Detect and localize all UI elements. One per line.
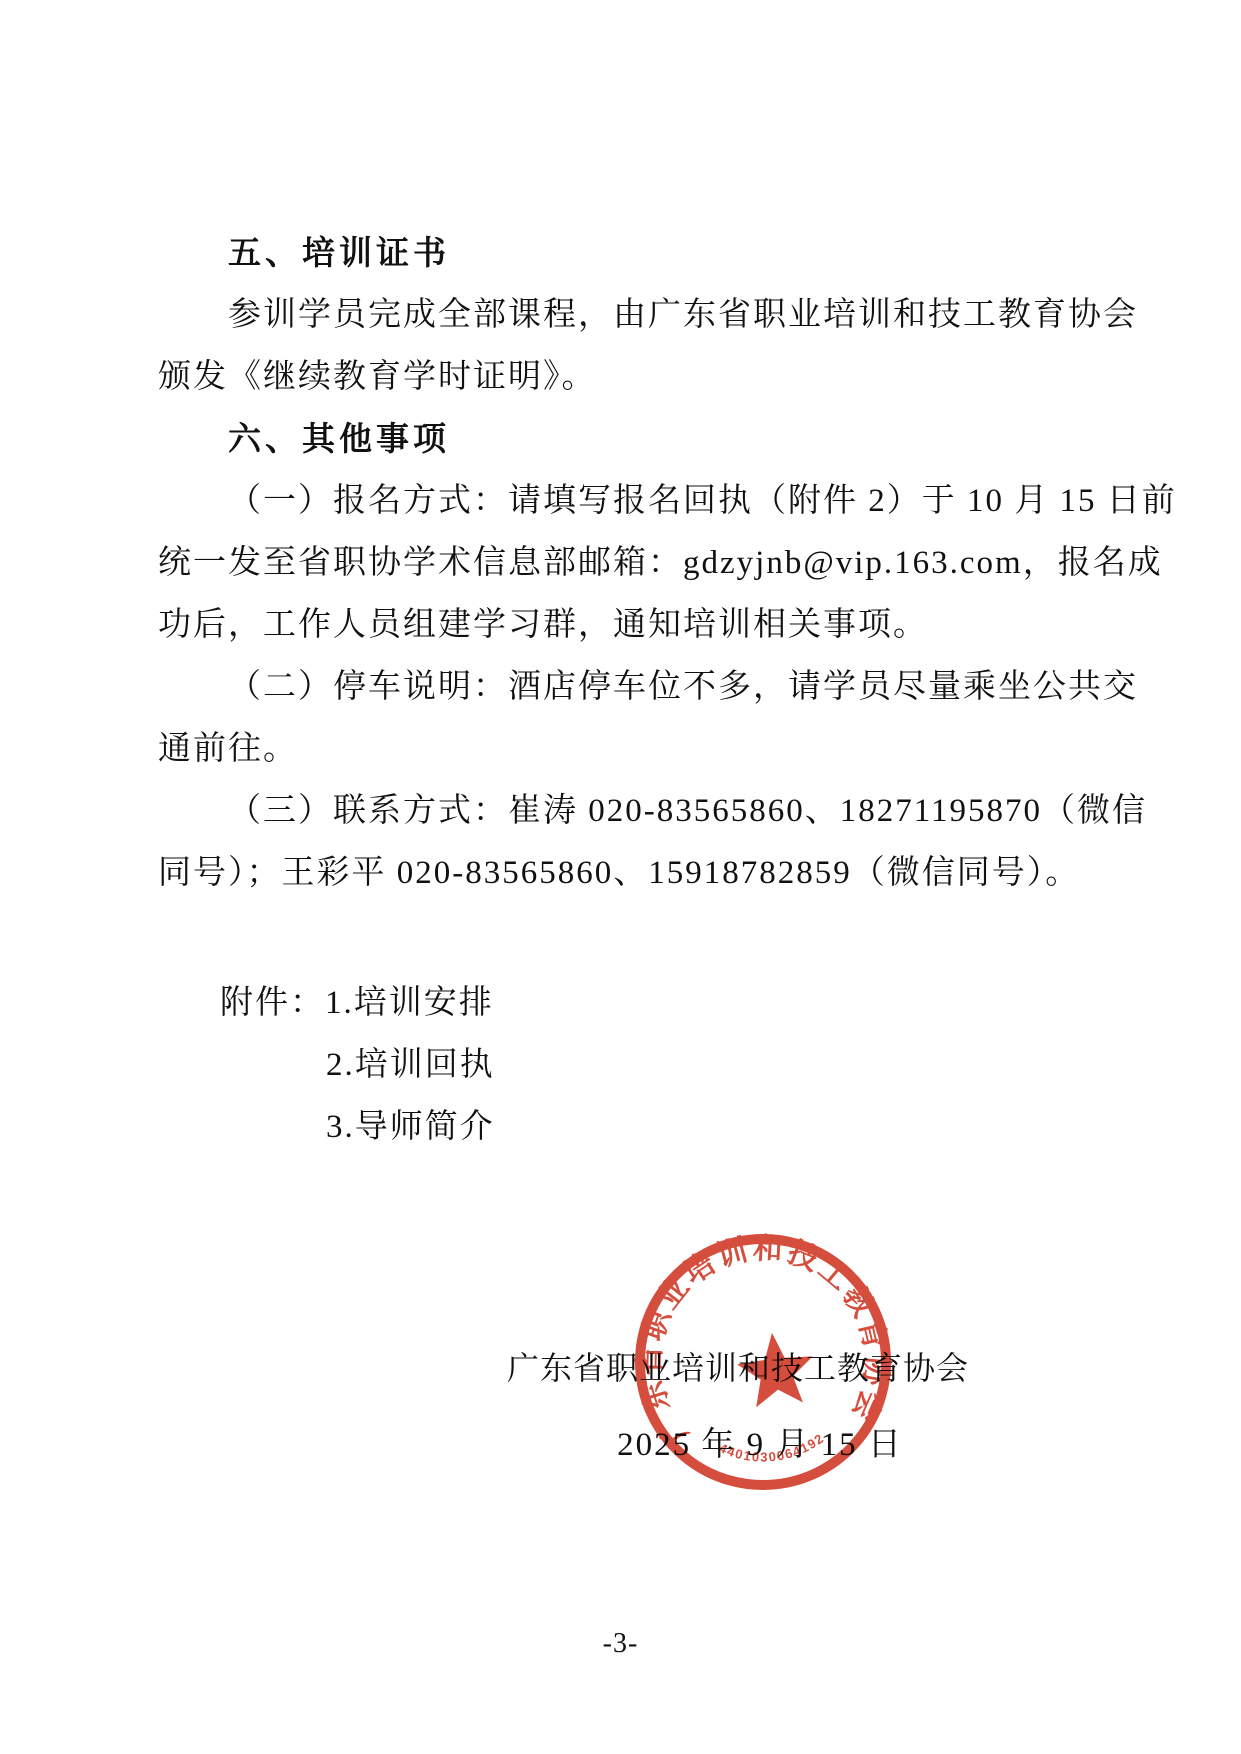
body-line: 参训学员完成全部课程，由广东省职业培训和技工教育协会: [158, 284, 1093, 346]
section-heading-training-certificate: 五、培训证书: [158, 222, 1093, 284]
attachment-item-2: 2.培训回执: [158, 1034, 1093, 1096]
attachments-label: 附件：: [220, 985, 325, 1021]
attachments-list: 附件：1.培训安排 2.培训回执 3.导师简介: [158, 972, 1093, 1158]
body-line-email: 统一发至省职协学术信息部邮箱：gdzyjnb@vip.163.com，报名成: [158, 532, 1093, 594]
official-seal-stamp: 广东省职业培训和技工教育协会 4401030064192: [609, 1208, 917, 1516]
body-line-registration: （一）报名方式：请填写报名回执（附件 2）于 10 月 15 日前: [158, 470, 1093, 532]
seal-arc-label: 广东省职业培训和技工教育协会: [620, 1219, 901, 1453]
seal-code-label: 4401030064192: [716, 1429, 829, 1470]
seal-arc-label-text: 广东省职业培训和技工教育协会: [620, 1219, 901, 1453]
body-line-contact2: 同号）；王彩平 020-83565860、15918782859（微信同号）。: [158, 842, 1093, 904]
body-line: 通前往。: [158, 718, 1093, 780]
seal-star-icon: [734, 1329, 817, 1409]
document-page: 五、培训证书 参训学员完成全部课程，由广东省职业培训和技工教育协会 颁发《继续教…: [0, 0, 1241, 1754]
body-line: 颁发《继续教育学时证明》。: [158, 346, 1093, 408]
body-line: 功后，工作人员组建学习群，通知培训相关事项。: [158, 594, 1093, 656]
page-number: -3-: [0, 1628, 1241, 1660]
body-line-contact: （三）联系方式：崔涛 020-83565860、18271195870（微信: [158, 780, 1093, 842]
seal-code-text: 4401030064192: [716, 1429, 829, 1470]
attachment-1-text: 1.培训安排: [325, 985, 494, 1021]
document-body: 五、培训证书 参训学员完成全部课程，由广东省职业培训和技工教育协会 颁发《继续教…: [158, 222, 1093, 904]
section-heading-other-matters: 六、其他事项: [158, 408, 1093, 470]
attachment-item-1: 附件：1.培训安排: [158, 972, 1093, 1034]
body-line-parking: （二）停车说明：酒店停车位不多，请学员尽量乘坐公共交: [158, 656, 1093, 718]
attachment-item-3: 3.导师简介: [158, 1096, 1093, 1158]
